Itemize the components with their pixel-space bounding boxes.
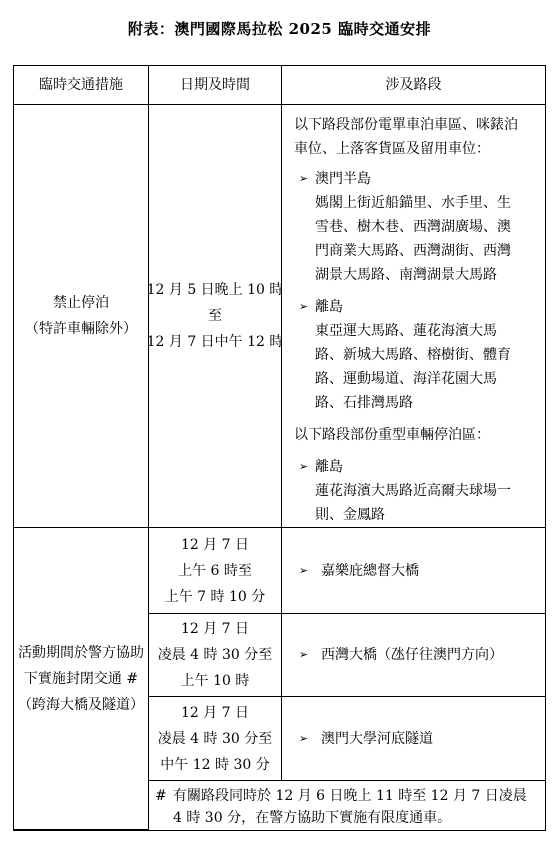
road-group-islands: ➢ 離島 東亞運大馬路、蓮花海濱大馬路、新城大馬路、榕樹街、體育路、運動場道、海… xyxy=(294,295,519,415)
roads-cell-parking-ban: 以下路段部份電單車泊車區、咪錶泊車位、上落客貨區及留用車位： ➢ 澳門半島 媽閣… xyxy=(282,105,545,528)
roads-intro: 以下路段部份電單車泊車區、咪錶泊車位、上落客貨區及留用車位： xyxy=(294,113,519,161)
datetime-line: 中午 12 時 30 分 xyxy=(160,752,269,778)
road-cell-governor-nobre-bridge: ➢ 嘉樂庇總督大橋 xyxy=(282,528,545,614)
road-name: 澳門大學河底隧道 xyxy=(321,727,433,751)
measure-line: （跨海大橋及隧道） xyxy=(18,692,144,718)
datetime-cell-parking-ban: 12 月 5 日晚上 10 時 至 12 月 7 日中午 12 時 xyxy=(149,105,282,528)
column-header-roads: 涉及路段 xyxy=(282,66,545,105)
page-title: 附表：澳門國際馬拉松 2025 臨時交通安排 xyxy=(0,18,559,39)
arrowhead-icon: ➢ xyxy=(299,559,315,583)
measure-line: 活動期間於警方協助 xyxy=(18,640,144,666)
road-group-islands-heavy: ➢ 離島 蓮花海濱大馬路近高爾夫球場一則、金鳳路 xyxy=(294,455,519,527)
measure-line: 下實施封閉交通 # xyxy=(24,666,138,692)
datetime-line: 凌晨 4 時 30 分至 xyxy=(158,642,273,668)
datetime-line: 12 月 7 日 xyxy=(181,532,249,558)
measure-line: 禁止停泊 xyxy=(53,290,109,316)
road-group-name: 離島 xyxy=(315,455,343,479)
datetime-line: 凌晨 4 時 30 分至 xyxy=(158,726,273,752)
datetime-cell-tunnel: 12 月 7 日 凌晨 4 時 30 分至 中午 12 時 30 分 xyxy=(149,697,282,781)
column-header-measure: 臨時交通措施 xyxy=(14,66,149,105)
datetime-cell-bridge-2: 12 月 7 日 凌晨 4 時 30 分至 上午 10 時 xyxy=(149,614,282,697)
traffic-table: 臨時交通措施 日期及時間 涉及路段 禁止停泊 （特許車輛除外） 12 月 5 日… xyxy=(13,65,546,831)
arrowhead-icon: ➢ xyxy=(299,295,315,319)
datetime-line: 12 月 5 日晚上 10 時 xyxy=(149,277,282,303)
arrowhead-icon: ➢ xyxy=(299,643,315,667)
datetime-line: 12 月 7 日中午 12 時 xyxy=(149,329,282,355)
measure-line: （特許車輛除外） xyxy=(25,316,137,342)
road-group-name: 澳門半島 xyxy=(315,167,371,191)
road-cell-sai-van-bridge: ➢ 西灣大橋（氹仔往澳門方向） xyxy=(282,614,545,697)
road-group-roads: 媽閣上街近船錨里、水手里、生雪巷、樹木巷、西灣湖廣場、澳門商業大馬路、西灣湖街、… xyxy=(315,191,519,287)
footnote-text: 有關路段同時於 12 月 6 日晚上 11 時至 12 月 7 日凌晨 4 時 … xyxy=(173,785,535,830)
road-group-macau-peninsula: ➢ 澳門半島 媽閣上街近船錨里、水手里、生雪巷、樹木巷、西灣湖廣場、澳門商業大馬… xyxy=(294,167,519,287)
arrowhead-icon: ➢ xyxy=(299,455,315,479)
road-name: 西灣大橋（氹仔往澳門方向） xyxy=(321,643,503,667)
datetime-line: 上午 6 時至 xyxy=(178,558,252,584)
datetime-line: 12 月 7 日 xyxy=(181,616,249,642)
document-page: 附表：澳門國際馬拉松 2025 臨時交通安排 臨時交通措施 日期及時間 涉及路段… xyxy=(0,0,559,844)
datetime-line: 12 月 7 日 xyxy=(181,700,249,726)
arrowhead-icon: ➢ xyxy=(299,167,315,191)
datetime-cell-bridge-1: 12 月 7 日 上午 6 時至 上午 7 時 10 分 xyxy=(149,528,282,614)
road-name: 嘉樂庇總督大橋 xyxy=(321,559,419,583)
road-group-name: 離島 xyxy=(315,295,343,319)
road-group-roads: 東亞運大馬路、蓮花海濱大馬路、新城大馬路、榕樹街、體育路、運動場道、海洋花園大馬… xyxy=(315,319,519,415)
datetime-line: 上午 10 時 xyxy=(181,668,250,694)
datetime-line: 上午 7 時 10 分 xyxy=(165,584,266,610)
measure-cell-parking-ban: 禁止停泊 （特許車輛除外） xyxy=(14,105,149,528)
measure-cell-road-closure: 活動期間於警方協助 下實施封閉交通 # （跨海大橋及隧道） xyxy=(14,528,149,830)
roads-intro-heavy-vehicles: 以下路段部份重型車輛停泊區： xyxy=(294,423,519,447)
column-header-datetime: 日期及時間 xyxy=(149,66,282,105)
datetime-line: 至 xyxy=(208,303,222,329)
footnote-marker: # xyxy=(155,785,173,830)
road-cell-um-tunnel: ➢ 澳門大學河底隧道 xyxy=(282,697,545,781)
road-group-roads: 蓮花海濱大馬路近高爾夫球場一則、金鳳路 xyxy=(315,479,519,527)
footnote-row: # 有關路段同時於 12 月 6 日晚上 11 時至 12 月 7 日凌晨 4 … xyxy=(149,781,545,830)
arrowhead-icon: ➢ xyxy=(299,727,315,751)
